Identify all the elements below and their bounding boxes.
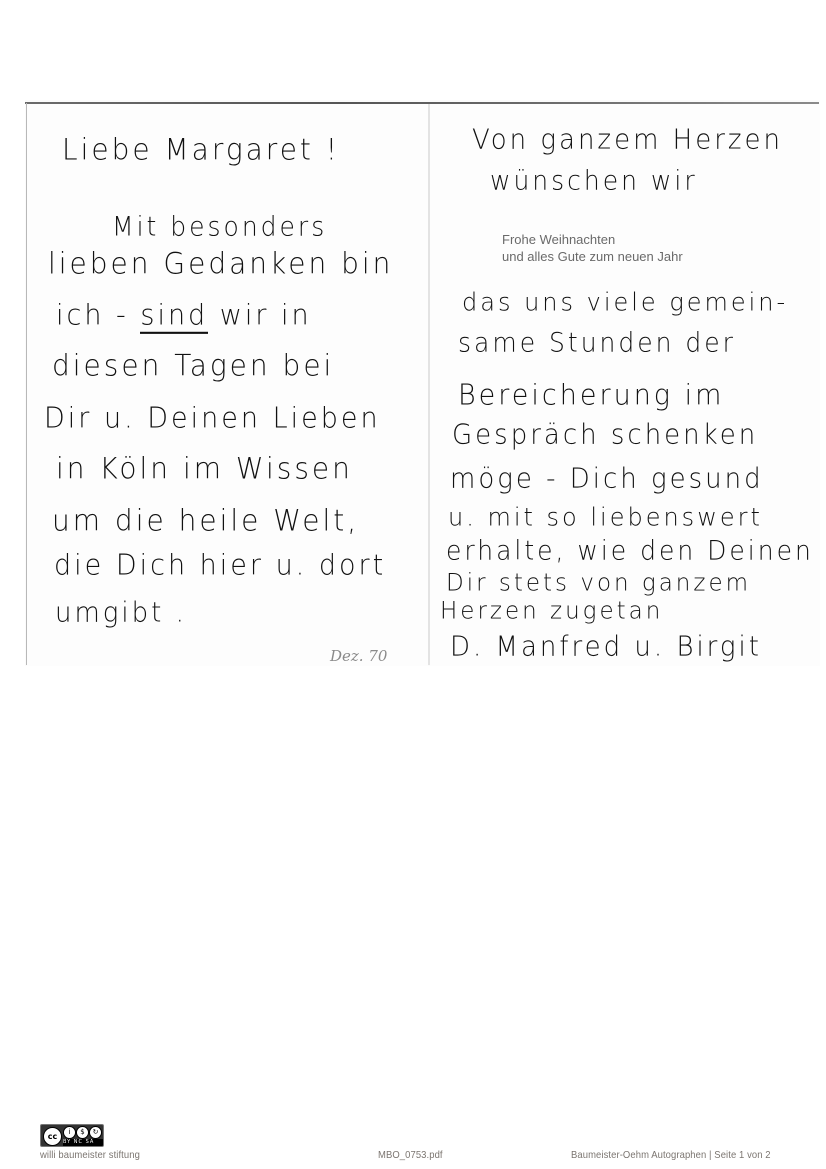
handwritten-line: die Dich hier u. dort (54, 551, 386, 579)
handwritten-word: wir in (208, 299, 311, 332)
handwritten-line: Gespräch schenken (452, 421, 758, 448)
handwritten-line: same Stunden der (458, 329, 736, 355)
cc-icon: cc (43, 1127, 62, 1146)
handwritten-line: wünschen wir (490, 167, 698, 193)
handwritten-line: Dir u. Deinen Lieben (44, 404, 381, 432)
handwritten-line: das uns viele gemein- (462, 289, 788, 314)
handwritten-signature: D. Manfred u. Birgit (450, 633, 762, 660)
handwritten-line: Von ganzem Herzen (472, 126, 783, 153)
sa-icon: ↻ (89, 1126, 102, 1139)
handwritten-line: Herzen zugetan (440, 599, 663, 623)
handwritten-line: u. mit so liebenswert (448, 504, 763, 529)
underlined-word: sind (140, 299, 208, 334)
handwritten-line: Mit besonders (112, 213, 327, 239)
handwritten-line: diesen Tagen bei (52, 351, 334, 380)
nc-icon: $ (76, 1126, 89, 1139)
handwritten-line: Liebe Margaret ! (62, 135, 340, 164)
handwritten-line: Bereicherung im (458, 381, 724, 409)
handwritten-line: umgibt . (55, 599, 187, 626)
handwritten-line: in Köln im Wissen (56, 454, 353, 483)
printed-greeting-line: Frohe Weihnachten (502, 231, 615, 248)
card-fold-line (428, 104, 430, 665)
handwritten-line: möge - Dich gesund (450, 465, 764, 492)
cc-by-nc-sa-icon[interactable]: cc i $ ↻ BY NC SA (40, 1124, 104, 1147)
handwritten-line: um die heile Welt, (52, 506, 359, 535)
license-labels: BY NC SA (63, 1139, 103, 1146)
handwritten-line: erhalte, wie den Deinen ! (446, 537, 826, 563)
handwritten-line: Dir stets von ganzem (446, 571, 751, 595)
date-annotation: Dez. 70 (330, 647, 387, 665)
handwritten-line: ich - sind wir in (56, 301, 312, 329)
footer-filename: MBO_0753.pdf (378, 1149, 443, 1161)
printed-greeting-line: und alles Gute zum neuen Jahr (502, 248, 683, 265)
by-icon: i (63, 1126, 76, 1139)
handwritten-word: ich - (56, 299, 140, 332)
footer-organization: willi baumeister stiftung (40, 1149, 140, 1161)
handwritten-line: lieben Gedanken bin (48, 249, 393, 278)
footer-page-info: Baumeister-Oehm Autographen | Seite 1 vo… (571, 1149, 771, 1161)
